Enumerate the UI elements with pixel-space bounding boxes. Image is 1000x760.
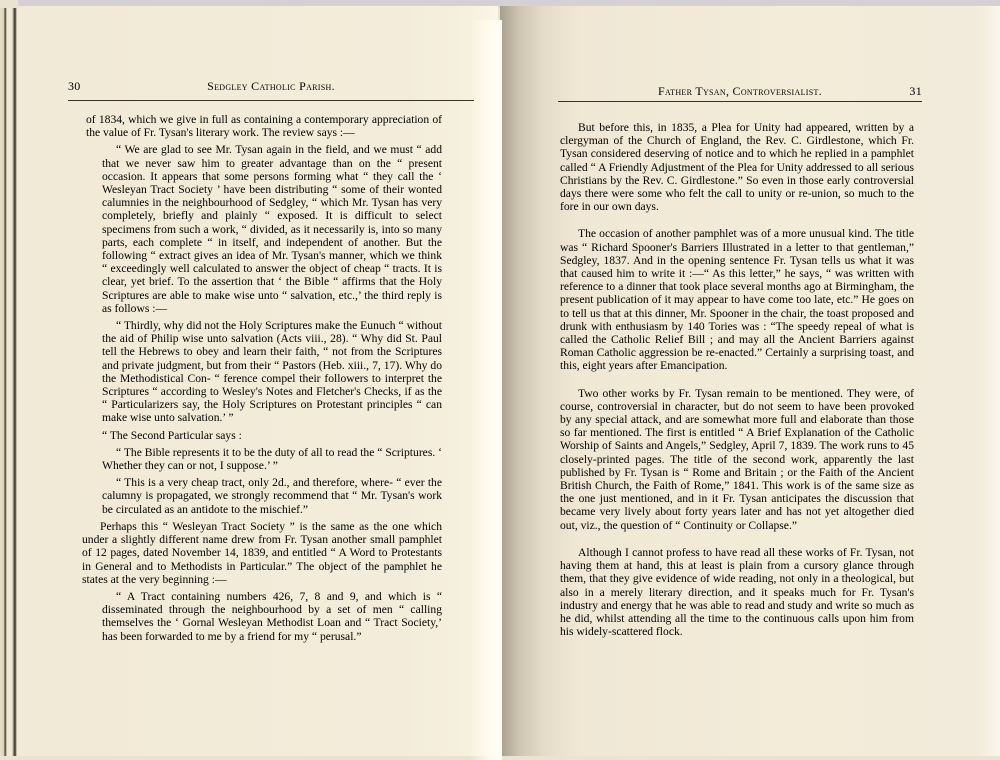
running-head-title: Father Tysan, Controversialist. <box>558 84 922 99</box>
page-stack-edge <box>0 8 20 756</box>
page-number: 31 <box>909 84 922 99</box>
right-page-text: But before this, in 1835, a Plea for Uni… <box>560 121 914 638</box>
head-rule <box>68 100 474 101</box>
block-quote: “ This is a very cheap tract, only 2d., … <box>102 476 442 516</box>
block-quote: “ Thirdly, why did not the Holy Scriptur… <box>102 319 442 425</box>
book-gutter <box>470 20 502 760</box>
paragraph: Two other works by Fr. Tysan remain to b… <box>560 387 914 532</box>
left-running-head: 30 Sedgley Catholic Parish. <box>68 79 474 101</box>
block-quote: “ The Second Particular says : <box>102 429 442 442</box>
block-quote: “ We are glad to see Mr. Tysan again in … <box>102 143 442 315</box>
running-head-title: Sedgley Catholic Parish. <box>68 79 474 94</box>
paragraph: Perhaps this “ Wesleyan Tract Society ” … <box>82 520 442 586</box>
paragraph: But before this, in 1835, a Plea for Uni… <box>560 121 914 213</box>
open-book: 30 Sedgley Catholic Parish. of 1834, whi… <box>0 0 1000 760</box>
right-running-head: Father Tysan, Controversialist. 31 <box>558 84 922 106</box>
head-rule <box>558 101 922 102</box>
left-page-text: of 1834, which we give in full as contai… <box>86 113 442 643</box>
block-quote: “ A Tract containing numbers 426, 7, 8 a… <box>102 590 442 643</box>
block-quote: “ The Bible represents it to be the duty… <box>102 446 442 472</box>
paragraph: Although I cannot profess to have read a… <box>560 546 914 638</box>
paragraph: of 1834, which we give in full as contai… <box>86 113 442 139</box>
paragraph: The occasion of another pamphlet was of … <box>560 227 914 372</box>
